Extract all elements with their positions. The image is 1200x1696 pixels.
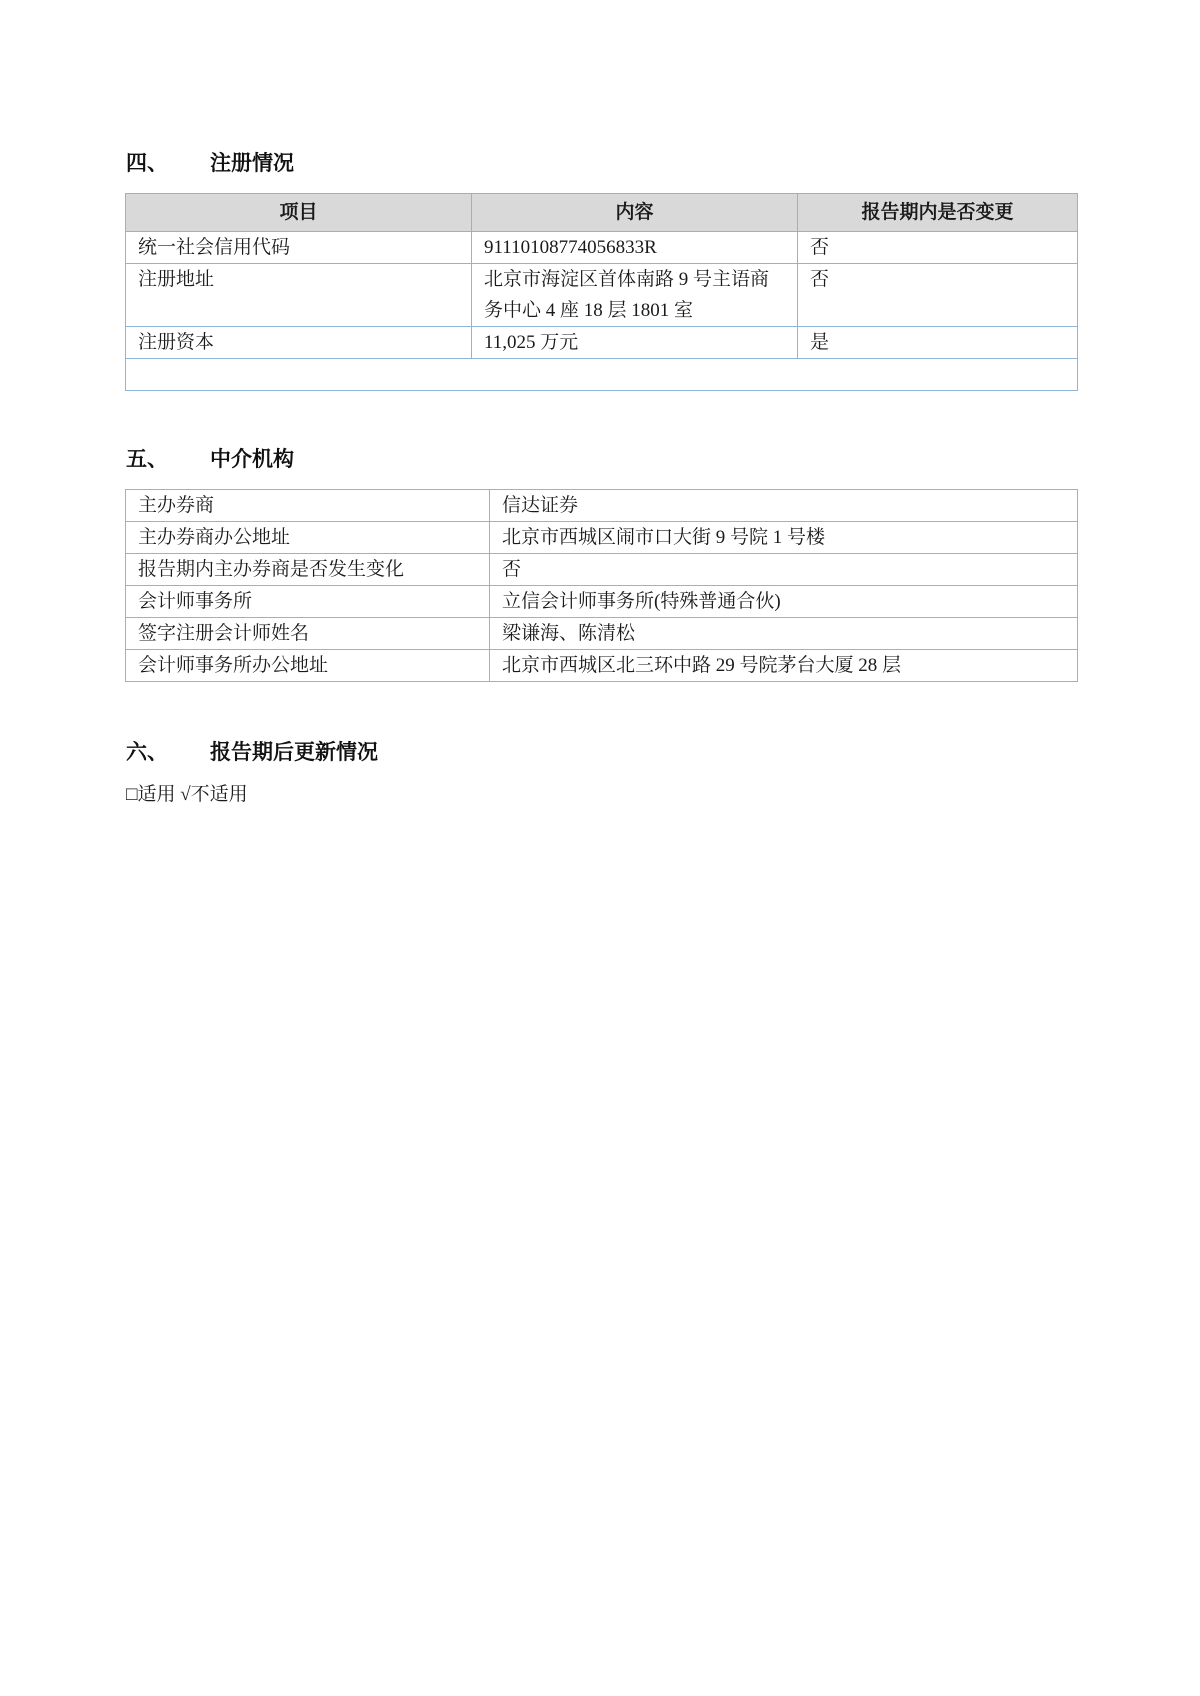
cell-value: 北京市西城区北三环中路 29 号院茅台大厦 28 层: [490, 650, 1078, 682]
section-number: 四、: [126, 147, 210, 177]
cell-changed: 否: [798, 264, 1078, 327]
table-row: 会计师事务所 立信会计师事务所(特殊普通合伙): [126, 586, 1078, 618]
table-row-empty: [126, 359, 1078, 391]
cell-content: 北京市海淀区首体南路 9 号主语商务中心 4 座 18 层 1801 室: [472, 264, 798, 327]
cell-label: 会计师事务所办公地址: [126, 650, 490, 682]
cell-label: 主办券商办公地址: [126, 522, 490, 554]
column-header-changed: 报告期内是否变更: [798, 194, 1078, 232]
registration-table: 项目 内容 报告期内是否变更 统一社会信用代码 9111010877405683…: [125, 193, 1078, 391]
cell-label: 报告期内主办券商是否发生变化: [126, 554, 490, 586]
intermediaries-table: 主办券商 信达证券 主办券商办公地址 北京市西城区闹市口大街 9 号院 1 号楼…: [125, 489, 1078, 682]
section-number: 六、: [126, 736, 210, 766]
section-title: 报告期后更新情况: [210, 736, 378, 766]
section-heading-registration: 四、 注册情况: [126, 147, 294, 177]
table-row: 签字注册会计师姓名 梁谦海、陈清松: [126, 618, 1078, 650]
cell-item: 统一社会信用代码: [126, 232, 472, 264]
cell-value: 立信会计师事务所(特殊普通合伙): [490, 586, 1078, 618]
cell-value: 北京市西城区闹市口大街 9 号院 1 号楼: [490, 522, 1078, 554]
table-row: 注册资本 11,025 万元 是: [126, 327, 1078, 359]
table-row: 主办券商办公地址 北京市西城区闹市口大街 9 号院 1 号楼: [126, 522, 1078, 554]
cell-value: 否: [490, 554, 1078, 586]
applicability-line: □适用 √不适用: [126, 781, 248, 809]
table-row: 报告期内主办券商是否发生变化 否: [126, 554, 1078, 586]
column-header-content: 内容: [472, 194, 798, 232]
table-row: 主办券商 信达证券: [126, 490, 1078, 522]
table-row: 注册地址 北京市海淀区首体南路 9 号主语商务中心 4 座 18 层 1801 …: [126, 264, 1078, 327]
cell-empty: [126, 359, 1078, 391]
section-heading-post-period-updates: 六、 报告期后更新情况: [126, 736, 378, 766]
cell-label: 会计师事务所: [126, 586, 490, 618]
cell-value: 信达证券: [490, 490, 1078, 522]
cell-label: 主办券商: [126, 490, 490, 522]
cell-item: 注册资本: [126, 327, 472, 359]
cell-item: 注册地址: [126, 264, 472, 327]
section-number: 五、: [126, 443, 210, 473]
option-applicable: □适用: [126, 784, 175, 805]
cell-content: 91110108774056833R: [472, 232, 798, 264]
section-title: 注册情况: [210, 147, 294, 177]
cell-value: 梁谦海、陈清松: [490, 618, 1078, 650]
option-not-applicable: √不适用: [180, 784, 247, 805]
section-title: 中介机构: [210, 443, 294, 473]
section-heading-intermediaries: 五、 中介机构: [126, 443, 294, 473]
table-row: 会计师事务所办公地址 北京市西城区北三环中路 29 号院茅台大厦 28 层: [126, 650, 1078, 682]
table-header-row: 项目 内容 报告期内是否变更: [126, 194, 1078, 232]
cell-changed: 是: [798, 327, 1078, 359]
cell-content: 11,025 万元: [472, 327, 798, 359]
cell-changed: 否: [798, 232, 1078, 264]
column-header-item: 项目: [126, 194, 472, 232]
table-row: 统一社会信用代码 91110108774056833R 否: [126, 232, 1078, 264]
cell-label: 签字注册会计师姓名: [126, 618, 490, 650]
